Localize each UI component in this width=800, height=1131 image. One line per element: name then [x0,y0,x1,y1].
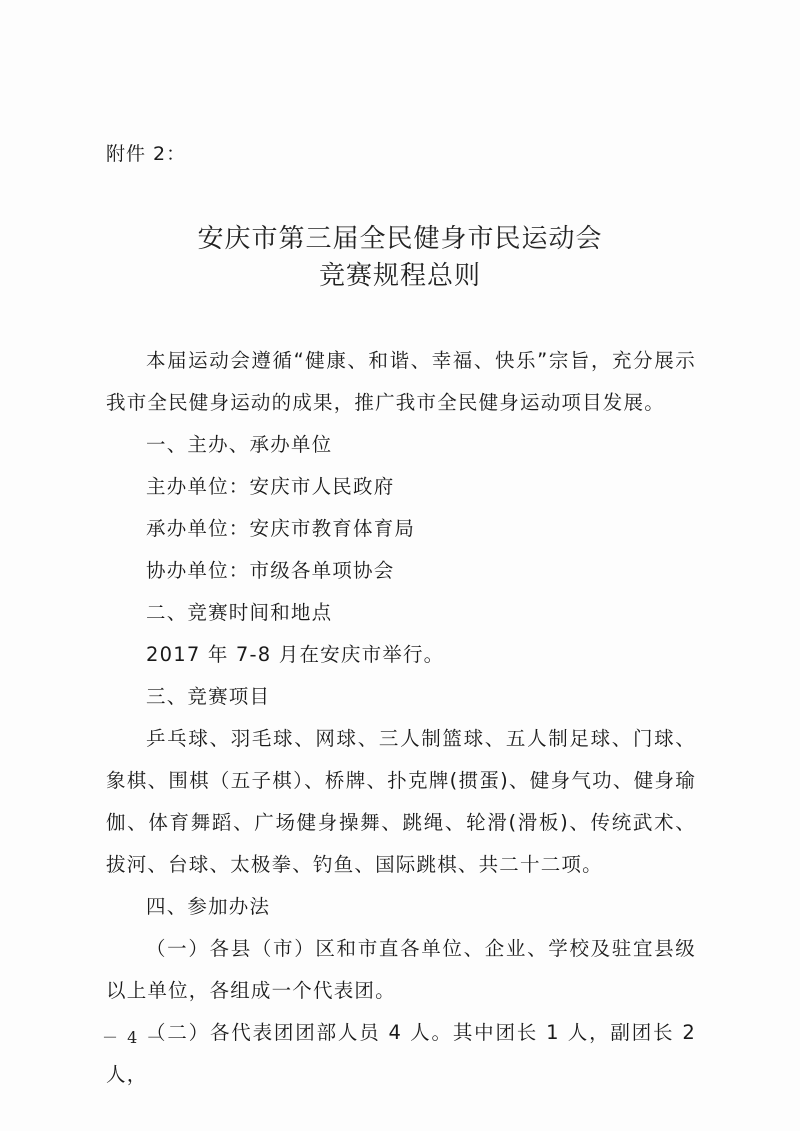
page-number: － 4 － [102,1025,164,1048]
section-heading-time-place: 二、竞赛时间和地点 [106,592,696,634]
document-title: 安庆市第三届全民健身市民运动会 [0,218,800,255]
section-heading-organizers: 一、主办、承办单位 [106,424,696,466]
document-body: 本届运动会遵循“健康、和谐、幸福、快乐”宗旨，充分展示我市全民健身运动的成果，推… [106,340,696,1096]
section-heading-participation: 四、参加办法 [106,886,696,928]
intro-paragraph: 本届运动会遵循“健康、和谐、幸福、快乐”宗旨，充分展示我市全民健身运动的成果，推… [106,340,696,424]
events-list-paragraph: 乒乓球、羽毛球、网球、三人制篮球、五人制足球、门球、象棋、围棋（五子棋）、桥牌、… [106,718,696,886]
host-unit: 主办单位：安庆市人民政府 [106,466,696,508]
section-heading-events: 三、竞赛项目 [106,676,696,718]
participation-rule-1: （一）各县（市）区和市直各单位、企业、学校及驻宜县级以上单位，各组成一个代表团。 [106,928,696,1012]
organizer-unit: 承办单位：安庆市教育体育局 [106,508,696,550]
document-subtitle: 竞赛规程总则 [0,255,800,292]
participation-rule-2: （二）各代表团团部人员 4 人。其中团长 1 人，副团长 2 人， [106,1012,696,1096]
time-place-text: 2017 年 7-8 月在安庆市举行。 [106,634,696,676]
co-organizer-unit: 协办单位：市级各单项协会 [106,550,696,592]
attachment-label: 附件 2： [106,139,186,166]
document-page: 附件 2： 安庆市第三届全民健身市民运动会 竞赛规程总则 本届运动会遵循“健康、… [0,0,800,1131]
